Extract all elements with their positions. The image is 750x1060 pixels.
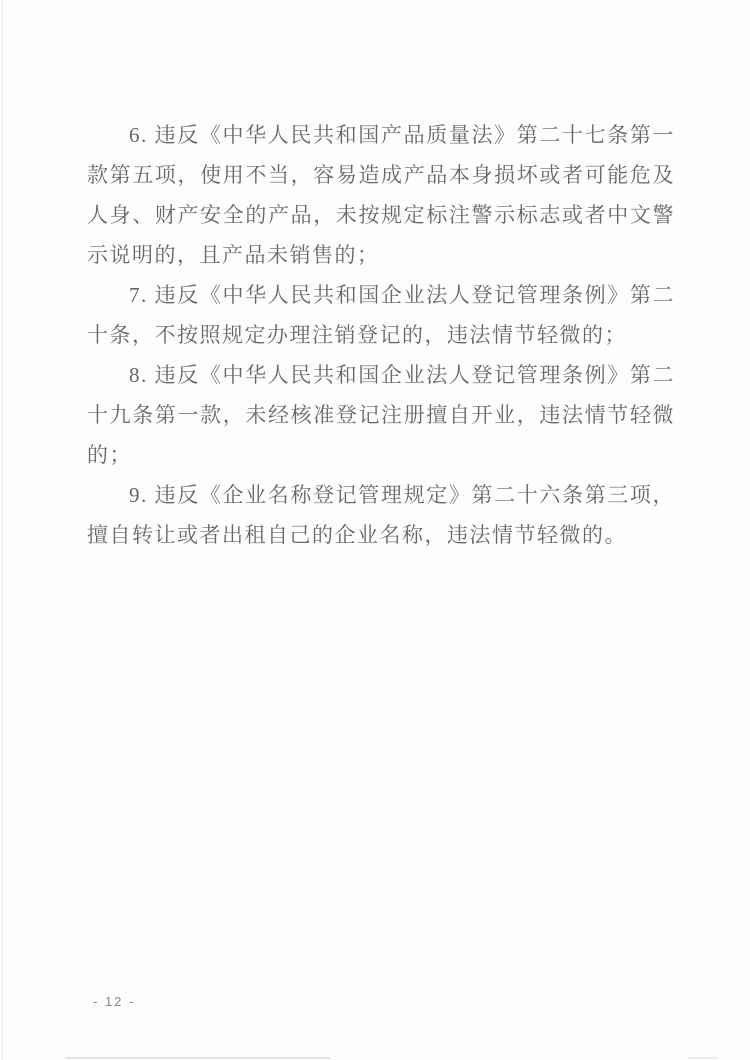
paragraph-item-8: 8. 违反《中华人民共和国企业法人登记管理条例》第二十九条第一款，未经核准登记注… (87, 355, 675, 475)
paragraph-item-6: 6. 违反《中华人民共和国产品质量法》第二十七条第一款第五项，使用不当，容易造成… (87, 115, 675, 275)
page-number: - 12 - (93, 994, 135, 1009)
document-body: 6. 违反《中华人民共和国产品质量法》第二十七条第一款第五项，使用不当，容易造成… (87, 115, 675, 555)
document-page: 6. 违反《中华人民共和国产品质量法》第二十七条第一款第五项，使用不当，容易造成… (0, 0, 750, 1060)
paragraph-item-7: 7. 违反《中华人民共和国企业法人登记管理条例》第二十条，不按照规定办理注销登记… (87, 275, 675, 355)
paragraph-item-9: 9. 违反《企业名称登记管理规定》第二十六条第三项，擅自转让或者出租自己的企业名… (87, 475, 675, 555)
scan-edge-line (2, 0, 3, 1060)
scan-artifact-bottom-left (65, 1057, 330, 1059)
scan-artifact-bottom-right (688, 1057, 718, 1059)
